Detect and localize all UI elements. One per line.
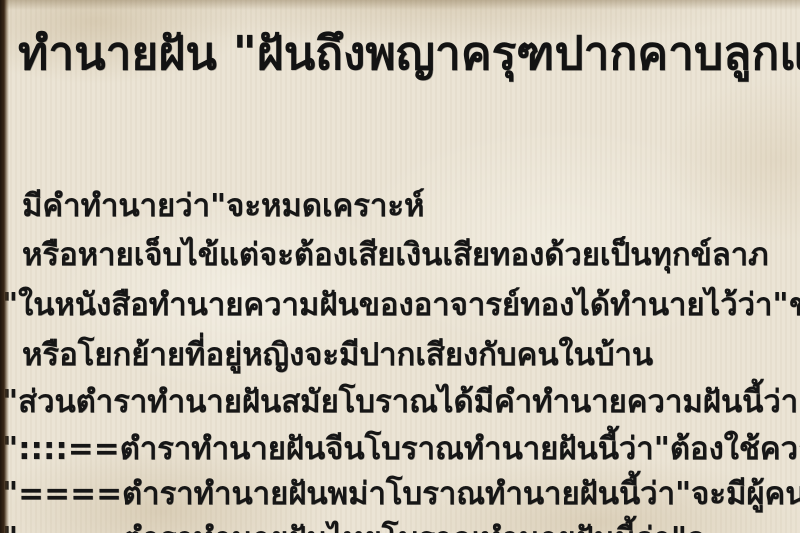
text-line: "ส่วนตำราทำนายฝันสมัยโบราณได้มีคำทำนายคว… <box>2 378 800 426</box>
text-line-clipped-bottom: "====ตำราทำนายฝันไทยโบราณทำนายฝันนี้ว่า"… <box>2 515 800 533</box>
page-left-edge-shadow <box>0 0 9 533</box>
text-line: "====ตำราทำนายฝันพม่าโบราณทำนายฝันนี้ว่า… <box>2 470 800 518</box>
text-line: หรือโยกย้ายที่อยู่หญิงจะมีปากเสียงกับคนใ… <box>22 331 800 379</box>
page-top-edge-shadow <box>0 0 800 10</box>
page-title: ทำนายฝัน "ฝันถึงพญาครุฑปากคาบลูกแก้ว <box>18 16 800 90</box>
text-line: มีคำทำนายว่า"จะหมดเคราะห์ <box>22 182 800 230</box>
text-line: "ในหนังสือทำนายความฝันของอาจารย์ทองได้ทำ… <box>2 281 800 329</box>
text-line: "::::==ตำราทำนายฝันจีนโบราณทำนายฝันนี้ว่… <box>2 425 800 473</box>
article-page: ทำนายฝัน "ฝันถึงพญาครุฑปากคาบลูกแก้ว มีค… <box>0 0 800 533</box>
text-line: หรือหายเจ็บไข้แต่จะต้องเสียเงินเสียทองด้… <box>22 231 800 279</box>
